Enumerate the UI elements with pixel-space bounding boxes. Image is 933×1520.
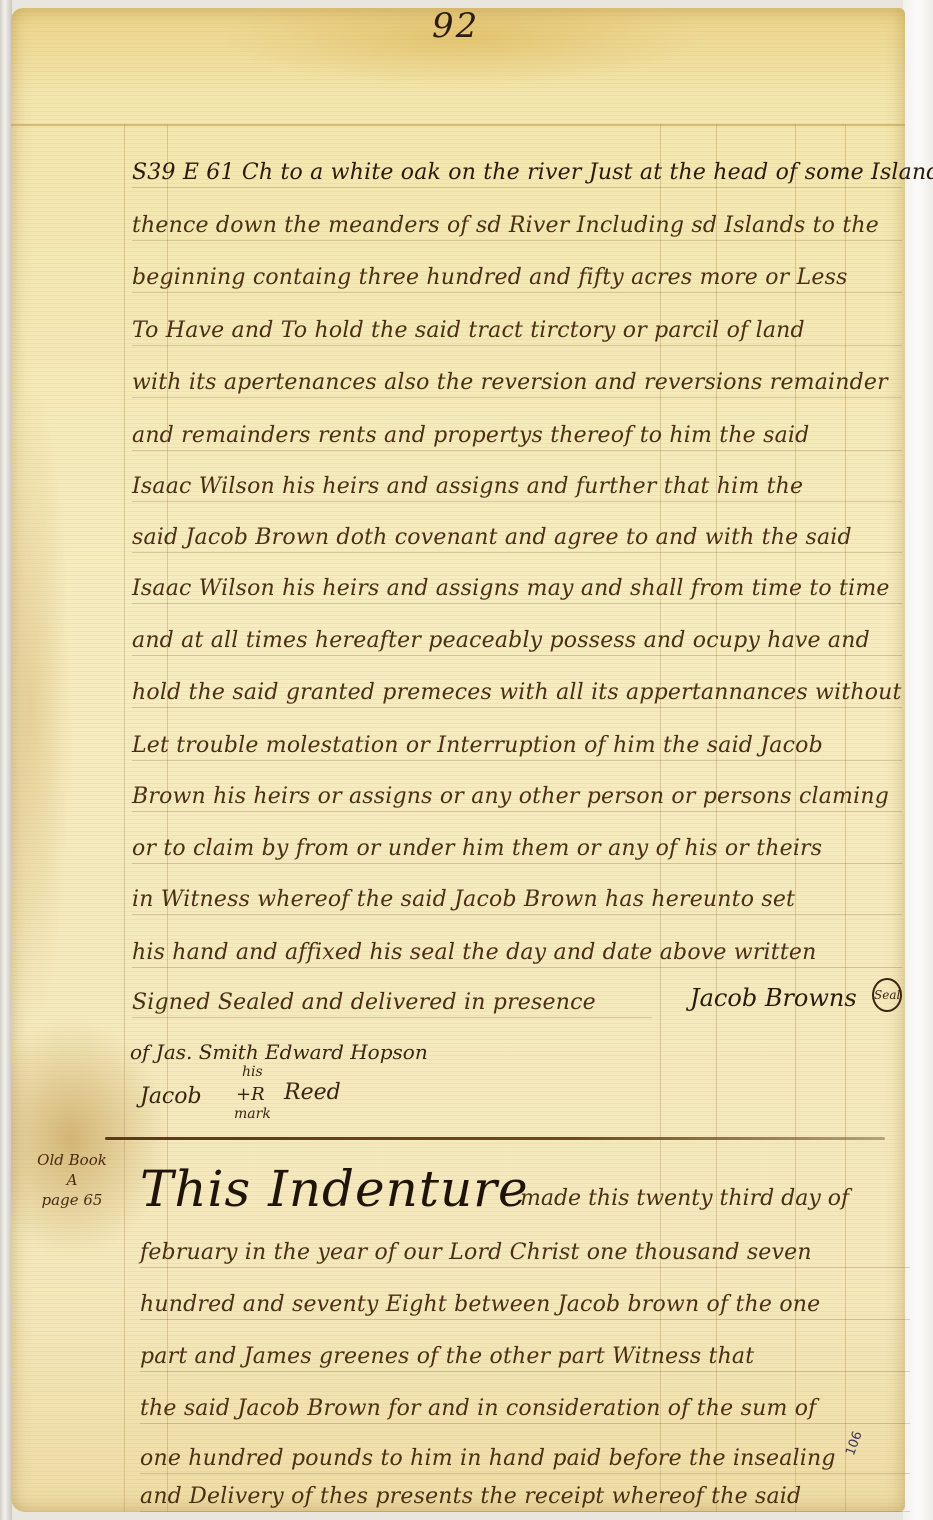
header-rule xyxy=(11,124,905,126)
text-line: hundred and seventy Eight between Jacob … xyxy=(140,1292,910,1320)
margin-note-line: A xyxy=(32,1170,112,1190)
text-line: or to claim by from or under him them or… xyxy=(132,836,902,864)
text-line: with its apertenances also the reversion… xyxy=(132,370,902,398)
indenture-heading-continuation: made this twenty third day of xyxy=(520,1186,849,1211)
page-number: 92 xyxy=(432,6,479,46)
text-line: said Jacob Brown doth covenant and agree… xyxy=(132,525,902,553)
text-line: part and James greenes of the other part… xyxy=(140,1344,910,1372)
text-line: Let trouble molestation or Interruption … xyxy=(132,733,902,761)
text-line: his hand and affixed his seal the day an… xyxy=(132,940,902,968)
seal-mark: Seal xyxy=(872,978,902,1012)
text-line: february in the year of our Lord Christ … xyxy=(140,1240,910,1268)
margin-note-line: page 65 xyxy=(32,1190,112,1210)
text-line: To Have and To hold the said tract tirct… xyxy=(132,318,902,346)
mark-label: mark xyxy=(234,1106,271,1122)
text-line: thence down the meanders of sd River Inc… xyxy=(132,213,902,241)
text-line: and at all times hereafter peaceably pos… xyxy=(132,628,902,656)
mark-his-label: his xyxy=(242,1064,263,1080)
grantor-signature: Jacob Browns xyxy=(690,984,857,1012)
text-line: beginning containg three hundred and fif… xyxy=(132,265,902,293)
text-line: S39 E 61 Ch to a white oak on the river … xyxy=(132,160,902,188)
margin-rule-left xyxy=(124,124,125,1512)
indenture-heading: This Indenture xyxy=(140,1160,529,1218)
mark-initials: +R xyxy=(236,1084,265,1105)
text-line: the said Jacob Brown for and in consider… xyxy=(140,1396,910,1424)
margin-note-line: Old Book xyxy=(32,1150,112,1170)
text-line: and Delivery of thes presents the receip… xyxy=(140,1484,910,1512)
witnesses-line: of Jas. Smith Edward Hopson xyxy=(130,1040,428,1064)
text-line: one hundred pounds to him in hand paid b… xyxy=(140,1446,910,1474)
text-line: and remainders rents and propertys there… xyxy=(132,423,902,451)
text-line: in Witness whereof the said Jacob Brown … xyxy=(132,887,902,915)
signed-sealed-line: Signed Sealed and delivered in presence xyxy=(132,990,652,1018)
section-divider xyxy=(105,1137,885,1140)
mark-signer-first-name: Jacob xyxy=(140,1084,202,1109)
text-line: Brown his heirs or assigns or any other … xyxy=(132,784,902,812)
text-line: Isaac Wilson his heirs and assigns and f… xyxy=(132,474,902,502)
text-line: hold the said granted premeces with all … xyxy=(132,680,902,708)
mark-signer-last-name: Reed xyxy=(284,1080,341,1105)
text-line: Isaac Wilson his heirs and assigns may a… xyxy=(132,576,902,604)
margin-reference-note: Old Book A page 65 xyxy=(32,1150,112,1210)
